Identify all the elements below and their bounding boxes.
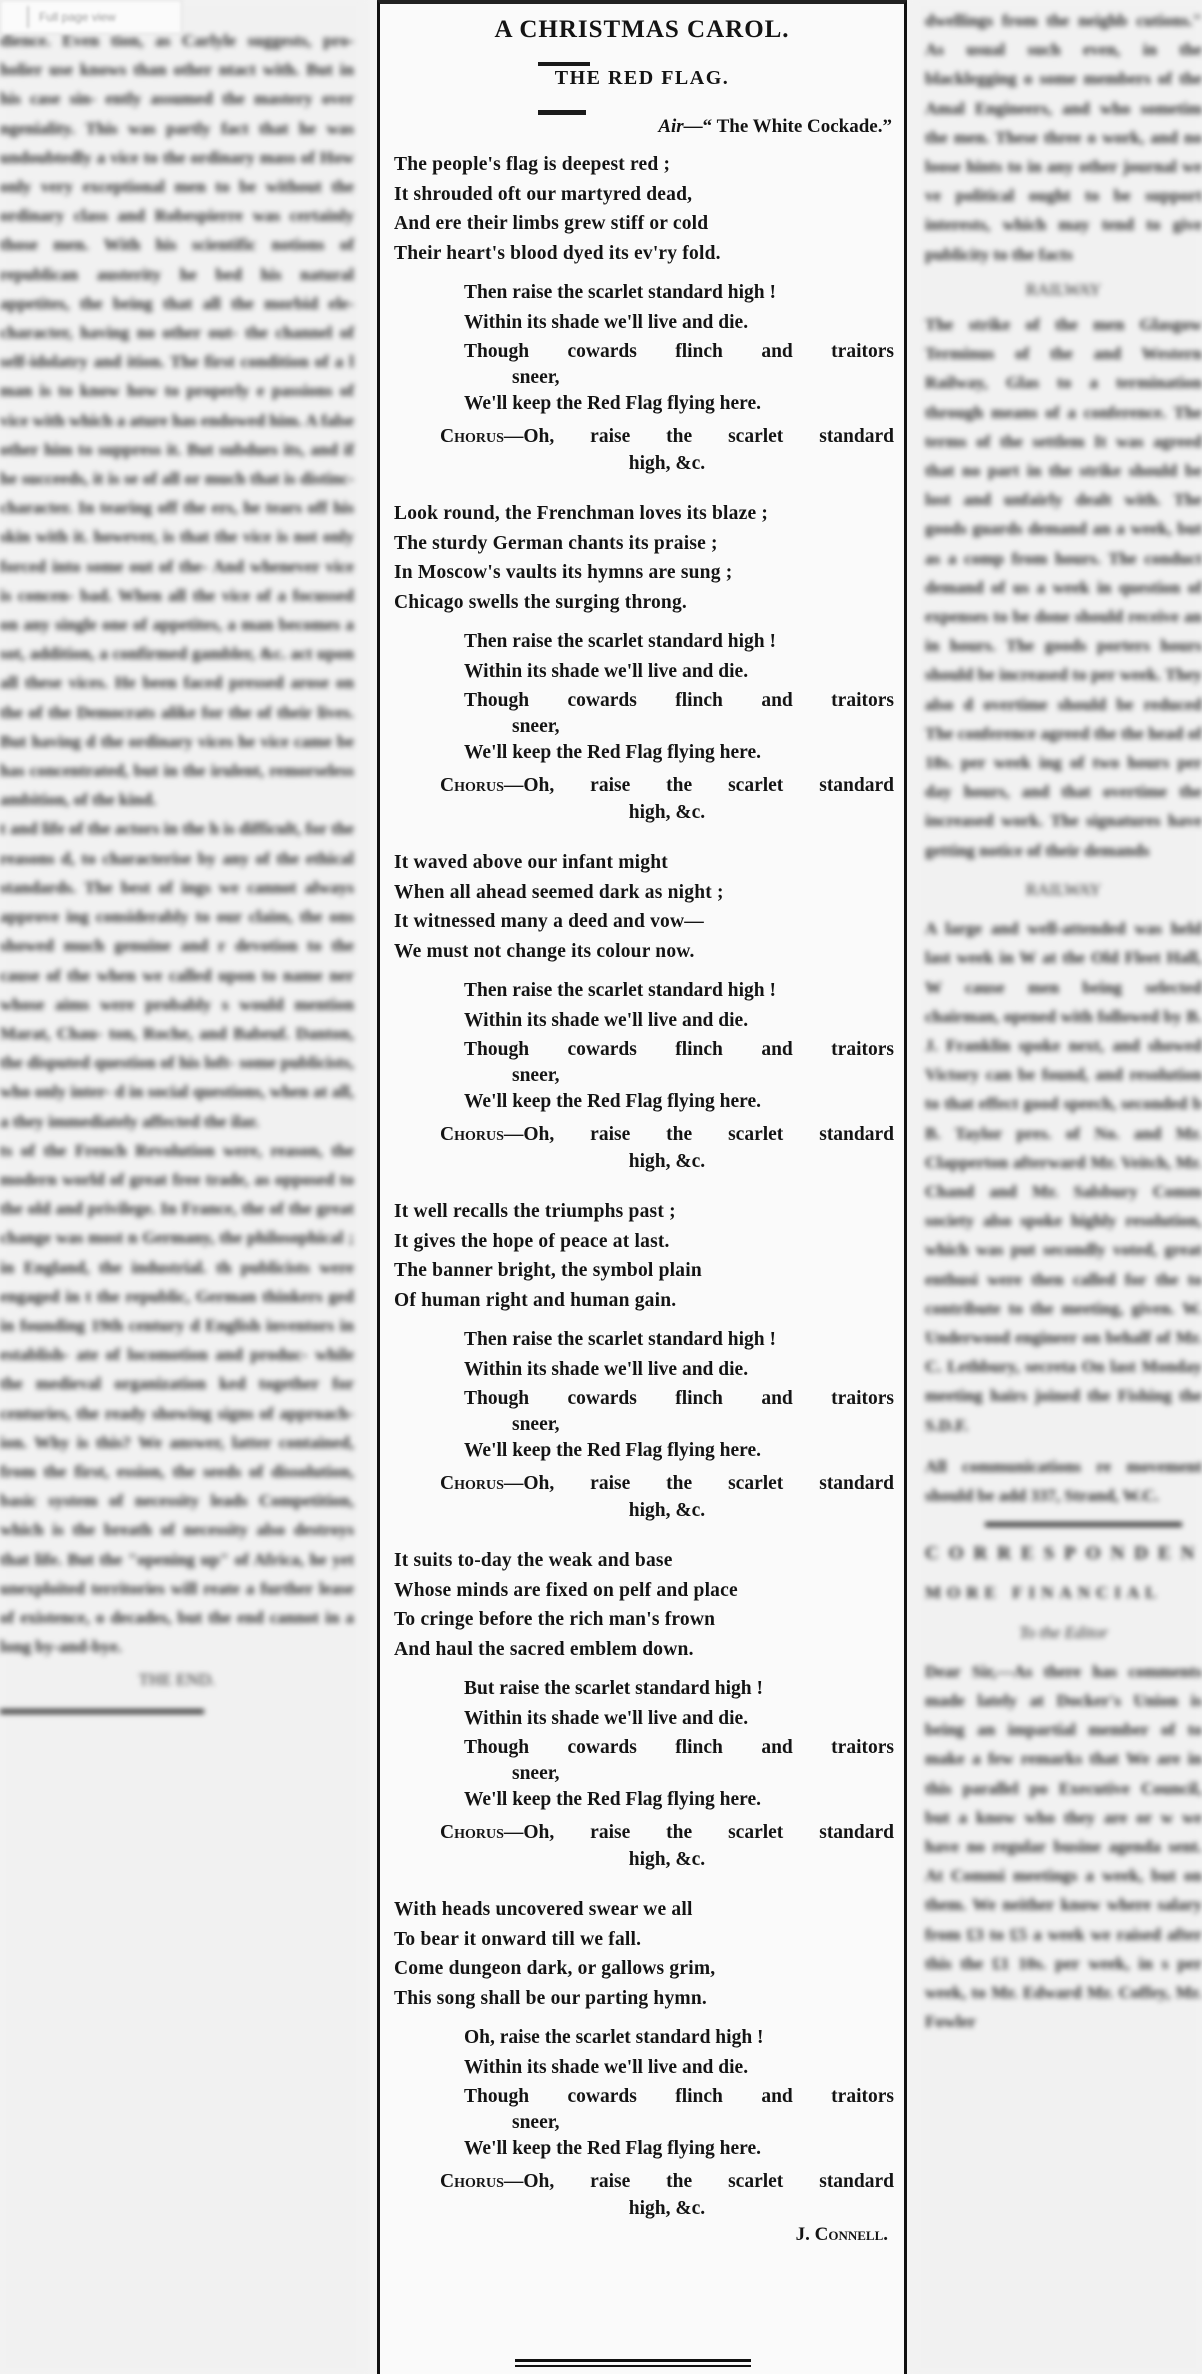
verse-line: It waved above our infant might xyxy=(394,848,894,878)
refrain-line: Within its shade we'll live and die. xyxy=(464,657,894,687)
stanza: It waved above our infant might When all… xyxy=(394,848,894,966)
right-paragraph: All communications re movement should be… xyxy=(925,1452,1202,1510)
refrain-line: Though cowards flinch and traitors xyxy=(464,1384,894,1414)
refrain-line: Then raise the scarlet standard high ! xyxy=(464,976,894,1006)
right-newspaper-column: dwellings from the neighb cutions." As u… xyxy=(915,0,1202,2374)
verse-line: It shrouded oft our martyred dead, xyxy=(394,180,894,210)
letter-title: MORE FINANCIAL xyxy=(925,1578,1202,1607)
correspondence-heading: CORRESPONDENCE xyxy=(925,1539,1202,1568)
refrain: Then raise the scarlet standard high ! W… xyxy=(464,1325,894,1465)
refrain-line-continuation: sneer, xyxy=(512,1065,894,1087)
chorus-label: Chorus xyxy=(440,1822,504,1843)
stanza-block: It suits to-day the weak and base Whose … xyxy=(394,1546,894,1873)
stanza-gap xyxy=(394,1873,894,1895)
refrain-line: We'll keep the Red Flag flying here. xyxy=(464,1436,894,1466)
refrain-line: We'll keep the Red Flag flying here. xyxy=(464,1087,894,1117)
verse-line: This song shall be our parting hymn. xyxy=(394,1984,894,2014)
stanza-block: The people's flag is deepest red ; It sh… xyxy=(394,150,894,477)
left-paragraph: dience. Even tion, as Carlyle suggests, … xyxy=(0,26,354,814)
chorus-line-2: high, &c. xyxy=(440,1846,894,1873)
verse-line: It witnessed many a deed and vow— xyxy=(394,907,894,937)
chorus: Chorus—Oh, raise the scarlet standard hi… xyxy=(440,423,894,477)
refrain-line-continuation: sneer, xyxy=(512,2112,894,2134)
chorus-line: Chorus—Oh, raise the scarlet standard xyxy=(440,423,894,450)
verse-line: The banner bright, the symbol plain xyxy=(394,1256,894,1286)
verse-line: And haul the sacred emblem down. xyxy=(394,1635,894,1665)
left-newspaper-column: dience. Even tion, as Carlyle suggests, … xyxy=(0,0,362,2374)
refrain: Oh, raise the scarlet standard high ! Wi… xyxy=(464,2023,894,2163)
stanza-gap xyxy=(394,826,894,848)
chorus-label: Chorus xyxy=(440,1124,504,1145)
chorus-line-2: high, &c. xyxy=(440,450,894,477)
stanza: Look round, the Frenchman loves its blaz… xyxy=(394,499,894,617)
article-title: A CHRISTMAS CAROL. xyxy=(380,16,904,44)
chorus: Chorus—Oh, raise the scarlet standard hi… xyxy=(440,772,894,826)
chorus: Chorus—Oh, raise the scarlet standard hi… xyxy=(440,2168,894,2222)
verse-line: We must not change its colour now. xyxy=(394,937,894,967)
chorus-label: Chorus xyxy=(440,426,504,447)
chorus: Chorus—Oh, raise the scarlet standard hi… xyxy=(440,1819,894,1873)
end-rule xyxy=(515,2359,751,2362)
verse-line: In Moscow's vaults its hymns are sung ; xyxy=(394,558,894,588)
right-section-heading: RAILWAY xyxy=(925,275,1202,304)
refrain-line: Within its shade we'll live and die. xyxy=(464,2053,894,2083)
full-page-view-button[interactable]: Full page view xyxy=(0,0,182,34)
right-column-rule xyxy=(985,1522,1182,1527)
refrain-line-continuation: sneer, xyxy=(512,367,894,389)
refrain-line: But raise the scarlet standard high ! xyxy=(464,1674,894,1704)
verse-line: When all ahead seemed dark as night ; xyxy=(394,878,894,908)
stanza-block: It well recalls the triumphs past ; It g… xyxy=(394,1197,894,1524)
refrain-line: Though cowards flinch and traitors xyxy=(464,337,894,367)
poem-body: The people's flag is deepest red ; It sh… xyxy=(394,150,894,2246)
verse-line: To cringe before the rich man's frown xyxy=(394,1605,894,1635)
left-paragraph: t and life of the actors in the h is dif… xyxy=(0,814,354,1135)
page-icon xyxy=(9,6,29,28)
chorus-line: Chorus—Oh, raise the scarlet standard xyxy=(440,2168,894,2195)
letter-salutation: To the Editor xyxy=(925,1618,1202,1647)
chorus-label: Chorus xyxy=(440,1473,504,1494)
refrain-line-continuation: sneer, xyxy=(512,1414,894,1436)
chorus-line: Chorus—Oh, raise the scarlet standard xyxy=(440,772,894,799)
verse-line: It well recalls the triumphs past ; xyxy=(394,1197,894,1227)
verse-line: Chicago swells the surging throng. xyxy=(394,588,894,618)
refrain-line: Within its shade we'll live and die. xyxy=(464,1006,894,1036)
author-signature: J. Connell. xyxy=(394,2224,888,2246)
refrain-line: We'll keep the Red Flag flying here. xyxy=(464,2134,894,2164)
stanza-block: Look round, the Frenchman loves its blaz… xyxy=(394,499,894,826)
refrain-line: We'll keep the Red Flag flying here. xyxy=(464,1785,894,1815)
chorus-text: —Oh, raise the scarlet standard xyxy=(504,2171,894,2192)
chorus-line-2: high, &c. xyxy=(440,799,894,826)
refrain-line: Though cowards flinch and traitors xyxy=(464,2082,894,2112)
stanza: The people's flag is deepest red ; It sh… xyxy=(394,150,894,268)
chorus: Chorus—Oh, raise the scarlet standard hi… xyxy=(440,1470,894,1524)
stanza: With heads uncovered swear we all To bea… xyxy=(394,1895,894,2013)
right-paragraph: dwellings from the neighb cutions." As u… xyxy=(925,6,1202,269)
verse-line: The sturdy German chants its praise ; xyxy=(394,529,894,559)
left-column-rule xyxy=(0,1709,204,1714)
chorus-label: Chorus xyxy=(440,775,504,796)
refrain-line: Though cowards flinch and traitors xyxy=(464,1035,894,1065)
verse-line: With heads uncovered swear we all xyxy=(394,1895,894,1925)
right-section-heading: RAILWAY xyxy=(925,875,1202,904)
chorus-line: Chorus—Oh, raise the scarlet standard xyxy=(440,1470,894,1497)
chorus-text: —Oh, raise the scarlet standard xyxy=(504,426,894,447)
refrain-line: Then raise the scarlet standard high ! xyxy=(464,627,894,657)
subtitle-divider xyxy=(538,110,586,115)
chorus-label: Chorus xyxy=(440,2171,504,2192)
refrain: Then raise the scarlet standard high ! W… xyxy=(464,627,894,767)
title-divider xyxy=(538,62,590,66)
refrain-line: Then raise the scarlet standard high ! xyxy=(464,278,894,308)
chorus-text: —Oh, raise the scarlet standard xyxy=(504,1822,894,1843)
verse-line: And ere their limbs grew stiff or cold xyxy=(394,209,894,239)
stanza: It suits to-day the weak and base Whose … xyxy=(394,1546,894,1664)
refrain: But raise the scarlet standard high ! Wi… xyxy=(464,1674,894,1814)
air-tune: —“ The White Cockade.” xyxy=(684,116,892,137)
refrain-line: Within its shade we'll live and die. xyxy=(464,1355,894,1385)
end-rule xyxy=(515,2365,751,2367)
refrain: Then raise the scarlet standard high ! W… xyxy=(464,278,894,418)
stanza-block: It waved above our infant might When all… xyxy=(394,848,894,1175)
verse-line: Whose minds are fixed on pelf and place xyxy=(394,1576,894,1606)
stanza-block: With heads uncovered swear we all To bea… xyxy=(394,1895,894,2222)
verse-line: It suits to-day the weak and base xyxy=(394,1546,894,1576)
left-paragraph: ts of the French Revolution were, reason… xyxy=(0,1136,354,1662)
verse-line: It gives the hope of peace at last. xyxy=(394,1227,894,1257)
stanza-gap xyxy=(394,1524,894,1546)
verse-line: Look round, the Frenchman loves its blaz… xyxy=(394,499,894,529)
refrain-line: Then raise the scarlet standard high ! xyxy=(464,1325,894,1355)
chorus-line-2: high, &c. xyxy=(440,1148,894,1175)
full-page-view-label: Full page view xyxy=(39,10,116,24)
right-paragraph: Dear Sir,—As there has comments made lat… xyxy=(925,1657,1202,2037)
chorus-line: Chorus—Oh, raise the scarlet standard xyxy=(440,1121,894,1148)
refrain-line: Within its shade we'll live and die. xyxy=(464,308,894,338)
refrain-line: Though cowards flinch and traitors xyxy=(464,686,894,716)
chorus: Chorus—Oh, raise the scarlet standard hi… xyxy=(440,1121,894,1175)
verse-line: To bear it onward till we fall. xyxy=(394,1925,894,1955)
stanza-gap xyxy=(394,1175,894,1197)
refrain-line: We'll keep the Red Flag flying here. xyxy=(464,738,894,768)
chorus-line-2: high, &c. xyxy=(440,2195,894,2222)
refrain-line-continuation: sneer, xyxy=(512,1763,894,1785)
refrain-line: Within its shade we'll live and die. xyxy=(464,1704,894,1734)
verse-line: Of human right and human gain. xyxy=(394,1286,894,1316)
refrain-line-continuation: sneer, xyxy=(512,716,894,738)
verse-line: The people's flag is deepest red ; xyxy=(394,150,894,180)
article-subtitle: THE RED FLAG. xyxy=(380,67,904,90)
article-clipping: A CHRISTMAS CAROL. THE RED FLAG. Air—“ T… xyxy=(377,0,907,2374)
verse-line: Come dungeon dark, or gallows grim, xyxy=(394,1954,894,1984)
chorus-line: Chorus—Oh, raise the scarlet standard xyxy=(440,1819,894,1846)
refrain: Then raise the scarlet standard high ! W… xyxy=(464,976,894,1116)
refrain-line: Oh, raise the scarlet standard high ! xyxy=(464,2023,894,2053)
stanza-gap xyxy=(394,477,894,499)
refrain-line: We'll keep the Red Flag flying here. xyxy=(464,389,894,419)
air-label: Air xyxy=(658,116,683,137)
refrain-line: Though cowards flinch and traitors xyxy=(464,1733,894,1763)
chorus-text: —Oh, raise the scarlet standard xyxy=(504,1124,894,1145)
right-paragraph: The strike of the men Glasgow Terminus o… xyxy=(925,310,1202,865)
right-paragraph: A large and well-attended was held last … xyxy=(925,914,1202,1440)
chorus-text: —Oh, raise the scarlet standard xyxy=(504,775,894,796)
left-signoff: THE END. xyxy=(0,1665,354,1694)
air-line: Air—“ The White Cockade.” xyxy=(658,116,892,138)
stanza: It well recalls the triumphs past ; It g… xyxy=(394,1197,894,1315)
verse-line: Their heart's blood dyed its ev'ry fold. xyxy=(394,239,894,269)
chorus-text: —Oh, raise the scarlet standard xyxy=(504,1473,894,1494)
chorus-line-2: high, &c. xyxy=(440,1497,894,1524)
